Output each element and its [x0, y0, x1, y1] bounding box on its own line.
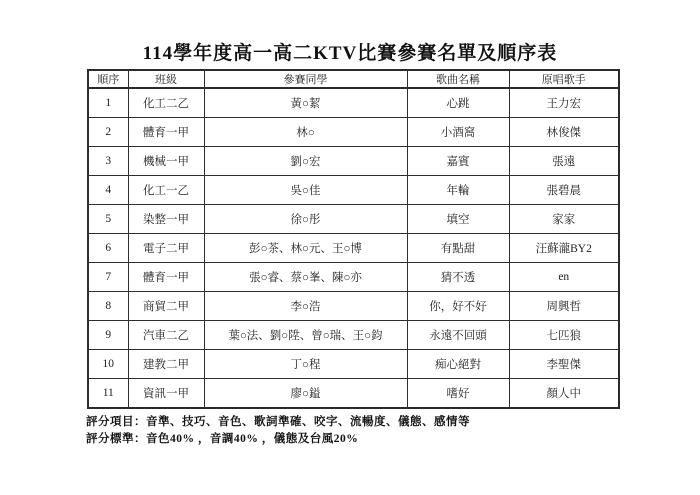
table-cell: 吳○佳: [204, 176, 407, 205]
table-cell: 8: [88, 292, 128, 321]
table-cell: 11: [88, 379, 128, 409]
table-cell: 6: [88, 234, 128, 263]
table-cell: 張碧晨: [509, 176, 619, 205]
table-cell: 張○睿、蔡○峯、陳○亦: [204, 263, 407, 292]
page-title: 114學年度高一高二KTV比賽參賽名單及順序表: [0, 38, 700, 65]
table-cell: 永遠不回頭: [407, 321, 509, 350]
table-row: 6電子二甲彭○茶、林○元、王○博有點甜汪蘇瀧BY2: [88, 234, 619, 263]
table-row: 3機械一甲劉○宏嘉賓張遠: [88, 147, 619, 176]
table-row: 9汽車二乙葉○法、劉○陞、曾○瑞、王○鈞永遠不回頭七匹狼: [88, 321, 619, 350]
table-cell: 7: [88, 263, 128, 292]
table-cell: 徐○彤: [204, 205, 407, 234]
table-cell: 嘉賓: [407, 147, 509, 176]
table-cell: 機械一甲: [128, 147, 204, 176]
table-row: 5染整一甲徐○彤填空家家: [88, 205, 619, 234]
table-cell: 張遠: [509, 147, 619, 176]
table-cell: 填空: [407, 205, 509, 234]
table-cell: 痴心絕對: [407, 350, 509, 379]
table-cell: 3: [88, 147, 128, 176]
table-row: 4化工一乙吳○佳年輪張碧晨: [88, 176, 619, 205]
table-cell: 有點甜: [407, 234, 509, 263]
table-cell: 李○浩: [204, 292, 407, 321]
table-cell: 小酒窩: [407, 118, 509, 147]
table-cell: 電子二甲: [128, 234, 204, 263]
table-row: 10建教二甲丁○程痴心絕對李聖傑: [88, 350, 619, 379]
ktv-roster-table: 順序班級參賽同學歌曲名稱原唱歌手 1化工二乙黃○絜心跳王力宏2體育一甲林○小酒窩…: [87, 69, 620, 409]
table-row: 1化工二乙黃○絜心跳王力宏: [88, 88, 619, 118]
table-cell: 2: [88, 118, 128, 147]
table-cell: 你，好不好: [407, 292, 509, 321]
table-cell: en: [509, 263, 619, 292]
table-row: 2體育一甲林○小酒窩林俊傑: [88, 118, 619, 147]
column-header: 參賽同學: [204, 70, 407, 88]
grading-notes: 評分項目：音準、技巧、音色、歌詞準確、咬字、流暢度、儀態、感情等 評分標準：音色…: [86, 414, 646, 448]
table-cell: 七匹狼: [509, 321, 619, 350]
table-cell: 化工一乙: [128, 176, 204, 205]
table-cell: 心跳: [407, 88, 509, 118]
table-cell: 林○: [204, 118, 407, 147]
table-cell: 丁○程: [204, 350, 407, 379]
table-cell: 1: [88, 88, 128, 118]
table-cell: 廖○鎰: [204, 379, 407, 409]
table-cell: 顏人中: [509, 379, 619, 409]
table-cell: 商貿二甲: [128, 292, 204, 321]
table-cell: 嗜好: [407, 379, 509, 409]
table-cell: 4: [88, 176, 128, 205]
table-cell: 猜不透: [407, 263, 509, 292]
column-header: 順序: [88, 70, 128, 88]
table-cell: 染整一甲: [128, 205, 204, 234]
table-cell: 葉○法、劉○陞、曾○瑞、王○鈞: [204, 321, 407, 350]
table-cell: 10: [88, 350, 128, 379]
table-row: 7體育一甲張○睿、蔡○峯、陳○亦猜不透en: [88, 263, 619, 292]
table-cell: 化工二乙: [128, 88, 204, 118]
grading-criteria-line: 評分標準：音色40% ，音調40% ，儀態及台風20%: [86, 431, 646, 448]
table-cell: 林俊傑: [509, 118, 619, 147]
table-cell: 家家: [509, 205, 619, 234]
table-cell: 年輪: [407, 176, 509, 205]
table-cell: 體育一甲: [128, 118, 204, 147]
document-page: 114學年度高一高二KTV比賽參賽名單及順序表 順序班級參賽同學歌曲名稱原唱歌手…: [0, 0, 700, 495]
table-cell: 5: [88, 205, 128, 234]
table-cell: 建教二甲: [128, 350, 204, 379]
table-cell: 汽車二乙: [128, 321, 204, 350]
grading-items-line: 評分項目：音準、技巧、音色、歌詞準確、咬字、流暢度、儀態、感情等: [86, 414, 646, 431]
table-body: 1化工二乙黃○絜心跳王力宏2體育一甲林○小酒窩林俊傑3機械一甲劉○宏嘉賓張遠4化…: [88, 88, 619, 408]
table-cell: 黃○絜: [204, 88, 407, 118]
table-header-row: 順序班級參賽同學歌曲名稱原唱歌手: [88, 70, 619, 88]
table-cell: 周興哲: [509, 292, 619, 321]
table-cell: 王力宏: [509, 88, 619, 118]
table-row: 8商貿二甲李○浩你，好不好周興哲: [88, 292, 619, 321]
column-header: 原唱歌手: [509, 70, 619, 88]
table-cell: 資訊一甲: [128, 379, 204, 409]
column-header: 班級: [128, 70, 204, 88]
column-header: 歌曲名稱: [407, 70, 509, 88]
table-cell: 劉○宏: [204, 147, 407, 176]
table-cell: 體育一甲: [128, 263, 204, 292]
table-row: 11資訊一甲廖○鎰嗜好顏人中: [88, 379, 619, 409]
table-cell: 李聖傑: [509, 350, 619, 379]
table-cell: 彭○茶、林○元、王○博: [204, 234, 407, 263]
table-cell: 汪蘇瀧BY2: [509, 234, 619, 263]
table-cell: 9: [88, 321, 128, 350]
